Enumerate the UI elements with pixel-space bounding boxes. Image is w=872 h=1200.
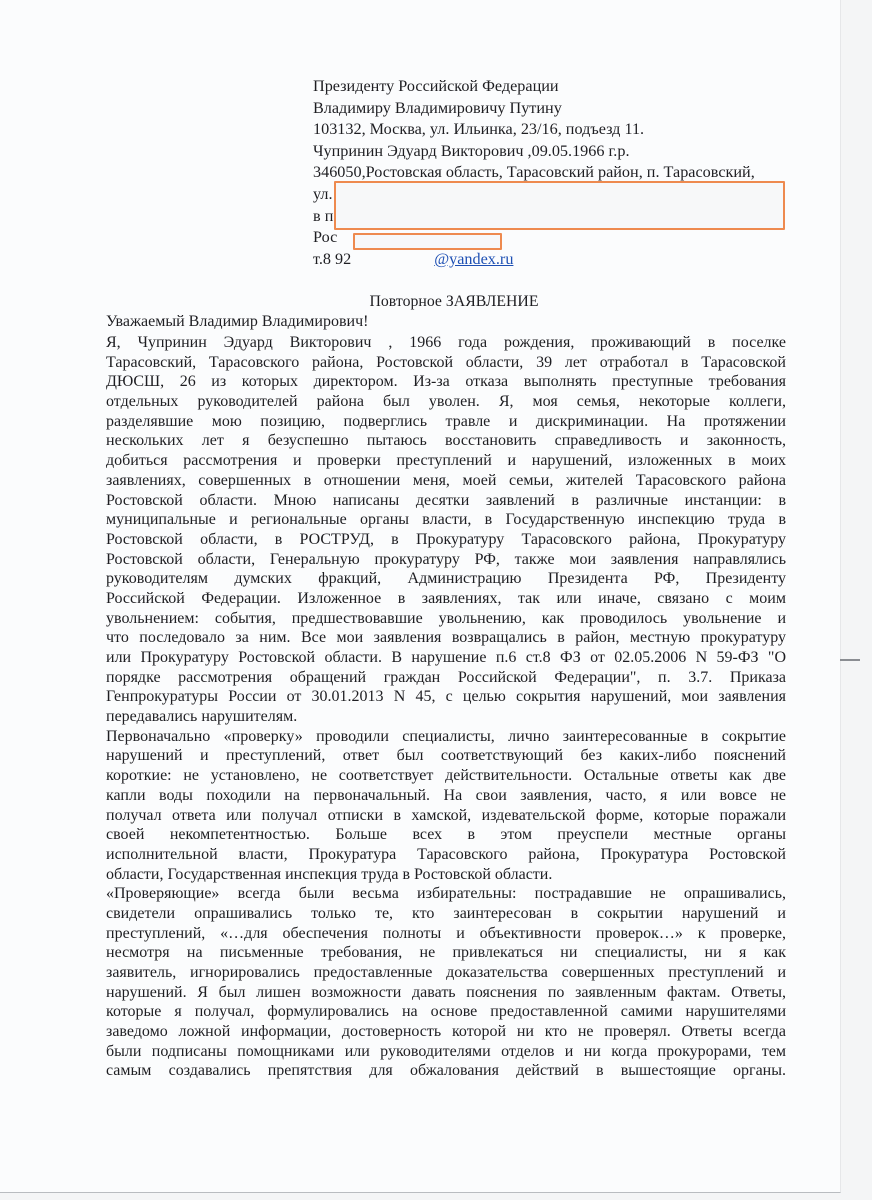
body-line: преступлений, «…для обеспечения полноты … — [106, 924, 786, 944]
body-line: капли воды походили на первоначальный. Н… — [106, 786, 786, 806]
body-line: нарушений. Я был лишен возможности дават… — [106, 983, 786, 1003]
addressee-line-3: 103132, Москва, ул. Ильинка, 23/16, подъ… — [313, 119, 755, 141]
body-line: разделявшие мою позицию, подверглись тра… — [106, 412, 786, 432]
body-line: «Проверяющие» всегда были весьма избират… — [106, 884, 786, 904]
body-line: ДЮСШ, 26 из которых директором. Из-за от… — [106, 372, 786, 392]
body-line: были подписаны помощниками или руководит… — [106, 1042, 786, 1062]
body-line: Я, Чупринин Эдуард Викторович , 1966 год… — [106, 333, 786, 353]
body-line: своей некомпетентностью. Больше всех в э… — [106, 825, 786, 845]
body-line: муниципальные и региональные органы влас… — [106, 510, 786, 530]
statement-body: Я, Чупринин Эдуард Викторович , 1966 год… — [106, 333, 786, 1081]
body-line: нескольких лет я безуспешно пытаюсь восс… — [106, 431, 786, 451]
body-line: Первоначально «проверку» проводили специ… — [106, 727, 786, 747]
body-line: свидетели опрашивались только те, кто за… — [106, 904, 786, 924]
phone-prefix: т.8 92 — [313, 250, 351, 268]
body-line: исполнительной власти, Прокуратура Тарас… — [106, 845, 786, 865]
body-line: несмотря на письменные требования, не пр… — [106, 943, 786, 963]
sender-contact-line: т.8 92@yandex.ru — [313, 249, 755, 271]
body-line: самым создавались препятствия для обжало… — [106, 1061, 786, 1081]
body-line: отдельных руководителей района был уволе… — [106, 392, 786, 412]
redaction-box-contact — [353, 233, 502, 250]
sender-name-line: Чупринин Эдуард Викторович ,09.05.1966 г… — [313, 141, 755, 163]
body-line: получал ответа или получал отписки в хам… — [106, 806, 786, 826]
body-line: области, Государственная инспекция труда… — [106, 865, 786, 885]
body-line: нарушений и преступлений, ответ был соот… — [106, 746, 786, 766]
redaction-box-address — [334, 181, 785, 230]
body-line: что последовало за ним. Все мои заявлени… — [106, 628, 786, 648]
body-line: которые я получал, формулировались на ос… — [106, 1002, 786, 1022]
body-line: Ростовской области. Мною написаны десятк… — [106, 491, 786, 511]
addressee-line-1: Президенту Российской Федерации — [313, 76, 755, 98]
body-line: передавались нарушителям. — [106, 707, 786, 727]
body-line: или Прокуратуру Ростовской области. В на… — [106, 648, 786, 668]
body-line: Ростовской области, Генеральную прокурат… — [106, 550, 786, 570]
greeting: Уважаемый Владимир Владимирович! — [106, 313, 368, 331]
scanned-page: Президенту Российской Федерации Владимир… — [0, 0, 841, 1193]
body-line: короткие: не установлено, не соответству… — [106, 766, 786, 786]
body-line: Тарасовский, Тарасовского района, Ростов… — [106, 353, 786, 373]
document-title: Повторное ЗАЯВЛЕНИЕ — [0, 293, 872, 311]
body-line: руководителям думских фракций, Администр… — [106, 569, 786, 589]
body-line: добиться рассмотрения и проверки преступ… — [106, 451, 786, 471]
addressee-line-2: Владимиру Владимировичу Путину — [313, 98, 755, 120]
body-line: заявитель, игнорировались предоставленны… — [106, 963, 786, 983]
body-line: Российской Федерации. Изложенное в заявл… — [106, 589, 786, 609]
body-line: заявлениях, совершенных в отношении меня… — [106, 471, 786, 491]
body-line: Ростовской области, в РОСТРУД, в Прокура… — [106, 530, 786, 550]
body-line: увольнением: события, предшествовавшие у… — [106, 609, 786, 629]
body-line: Генпрокуратуры России от 30.01.2013 N 45… — [106, 687, 786, 707]
email-link[interactable]: @yandex.ru — [434, 250, 513, 268]
body-line: заведомо ложной информации, достоверност… — [106, 1022, 786, 1042]
margin-mark — [840, 659, 860, 661]
body-line: порядке рассмотрения обращений граждан Р… — [106, 668, 786, 688]
